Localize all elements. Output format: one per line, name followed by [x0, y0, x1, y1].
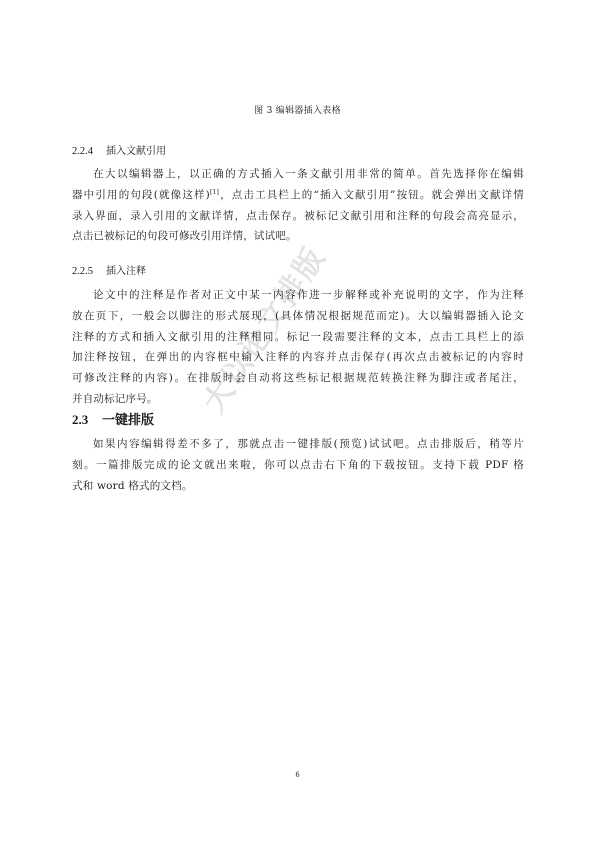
- paragraph-line: 放在页下，一般会以脚注的形式展现，(具体情况根据规范而定)。大以编辑器插入论文: [72, 306, 524, 327]
- paragraph-line: 可修改注释的内容)。在排版时会自动将这些标记根据规范转换注释为脚注或者尾注，: [72, 368, 524, 389]
- citation-mark: [1]: [210, 189, 219, 196]
- paragraph-line: 录入界面，录入引用的文献详情，点击保存。被标记文献引用和注释的句段会高亮显示，: [72, 206, 524, 227]
- page-number: 6: [0, 770, 595, 779]
- line-text: ，点击工具栏上的“插入文献引用”按钮。就会弹出文献详情: [219, 189, 524, 201]
- heading-number: 2.3: [72, 411, 102, 429]
- document-page: 大以论文排版 图 3 编辑器插入表格 2.2.4插入文献引用 在大以编辑器上，以…: [0, 0, 595, 842]
- heading-title: 插入文献引用: [106, 146, 166, 157]
- heading-number: 2.2.4: [72, 145, 106, 159]
- paragraph-line: 式和 word 格式的文档。: [72, 476, 524, 497]
- heading-2-2-5: 2.2.5插入注释: [72, 265, 146, 279]
- paragraph-one-click-typeset: 如果内容编辑得差不多了，那就点击一键排版(预览)试试吧。点击排版后，稍等片 刻。…: [72, 434, 524, 496]
- line-text: 器中引用的句段(就像这样): [72, 189, 210, 201]
- heading-title: 插入注释: [106, 266, 146, 277]
- paragraph-line: 点击已被标记的句段可修改引用详情，试试吧。: [72, 226, 524, 247]
- paragraph-line: 在大以编辑器上，以正确的方式插入一条文献引用非常的简单。首先选择你在编辑: [72, 164, 524, 185]
- paragraph-line: 加注释按钮，在弹出的内容框中输入注释的内容并点击保存(再次点击被标记的内容时: [72, 347, 524, 368]
- paragraph-line: 注释的方式和插入文献引用的注释相同。标记一段需要注释的文本，点击工具栏上的添: [72, 327, 524, 348]
- paragraph-line: 刻。一篇排版完成的论文就出来啦，你可以点击右下角的下载按钮。支持下载 PDF 格: [72, 455, 524, 476]
- paragraph-insert-note: 论文中的注释是作者对正文中某一内容作进一步解释或补充说明的文字，作为注释 放在页…: [72, 285, 524, 410]
- paragraph-insert-citation: 在大以编辑器上，以正确的方式插入一条文献引用非常的简单。首先选择你在编辑 器中引…: [72, 164, 524, 247]
- paragraph-line: 论文中的注释是作者对正文中某一内容作进一步解释或补充说明的文字，作为注释: [72, 285, 524, 306]
- paragraph-line: 如果内容编辑得差不多了，那就点击一键排版(预览)试试吧。点击排版后，稍等片: [72, 434, 524, 455]
- heading-number: 2.2.5: [72, 265, 106, 279]
- heading-2-3: 2.3一键排版: [72, 411, 154, 430]
- figure-caption: 图 3 编辑器插入表格: [0, 104, 595, 118]
- heading-2-2-4: 2.2.4插入文献引用: [72, 145, 166, 159]
- paragraph-line: 并自动标记序号。: [72, 389, 524, 410]
- heading-title: 一键排版: [102, 413, 154, 428]
- paragraph-line: 器中引用的句段(就像这样)[1]，点击工具栏上的“插入文献引用”按钮。就会弹出文…: [72, 185, 524, 206]
